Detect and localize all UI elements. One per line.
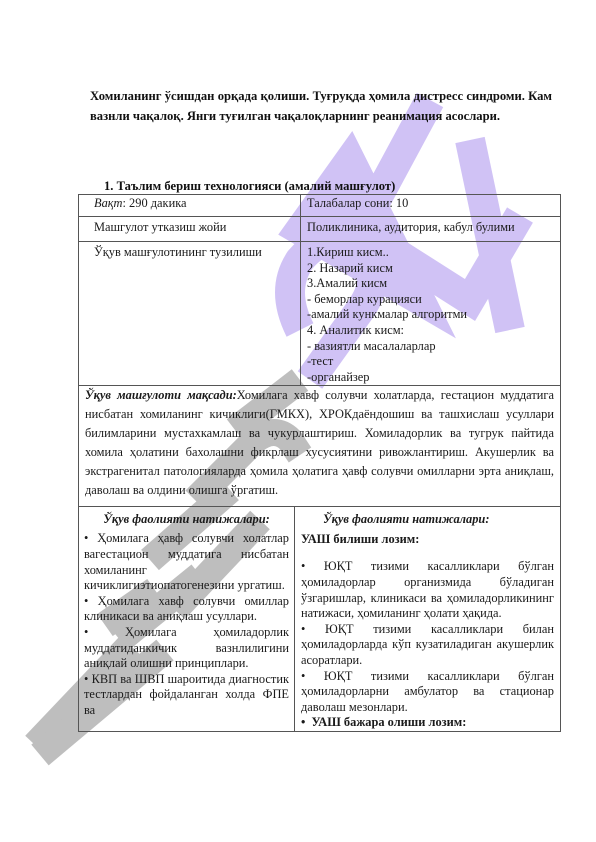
outcomes-left-column: Ўқув фаолияти натижалари: Ҳомилага ҳавф … <box>79 507 295 731</box>
outcomes-right-column: Ўқув фаолияти натижалари: УАШ билиши лоз… <box>295 507 560 731</box>
structure-item: 4. Аналитик кисм: <box>307 323 554 339</box>
structure-item: 2. Назарий кисм <box>307 261 554 277</box>
place-label: Машгулот утказиш жойи <box>79 217 301 242</box>
left-bullet: Ҳомилага хавф солувчи омиллар клиникаси … <box>84 594 289 625</box>
structure-item: 1.Кириш кисм.. <box>307 245 554 261</box>
time-cell: Вақт: 290 дакика <box>79 195 301 217</box>
time-value: : 290 дакика <box>123 196 187 210</box>
table-row-outcomes: Ўқув фаолияти натижалари: Ҳомилага ҳавф … <box>79 507 561 732</box>
students-cell: Талабалар сони: 10 <box>301 195 561 217</box>
outcomes-cell: Ўқув фаолияти натижалари: Ҳомилага ҳавф … <box>79 507 561 732</box>
table-row-place: Машгулот утказиш жойи Поликлиника, аудит… <box>79 217 561 242</box>
table-row-goal: Ўқув машғулоти мақсади:Хомилага хавф сол… <box>79 386 561 507</box>
goal-cell: Ўқув машғулоти мақсади:Хомилага хавф сол… <box>79 386 561 507</box>
structure-item: - беморлар курацияси <box>307 292 554 308</box>
left-bullet: Ҳомилага ҳомиладорлик муддатиданкичик ва… <box>84 625 289 672</box>
lesson-plan-table: Вақт: 290 дакика Талабалар сони: 10 Машг… <box>78 194 561 732</box>
right-bullet: ЮҚТ тизими касалликлари бўлган ҳомиладор… <box>301 559 554 621</box>
right-bullet: ЮҚТ тизими касалликлари билан ҳомиладорл… <box>301 622 554 669</box>
structure-list: 1.Кириш кисм.. 2. Назарий кисм 3.Амалий … <box>301 242 561 386</box>
goal-text: Хомилага хавф солувчи холатларда, гестац… <box>85 388 554 497</box>
right-final-bullet: УАШ бажара олиши лозим: <box>301 715 554 731</box>
left-column-header: Ўқув фаолияти натижалари: <box>84 511 289 527</box>
section-heading: 1. Таълим бериш технологияси (амалий маш… <box>104 179 395 194</box>
right-column-subheader: УАШ билиши лозим: <box>301 531 554 547</box>
right-column-header: Ўқув фаолияти натижалари: <box>301 511 554 527</box>
left-bullet: Ҳомилага ҳавф солувчи холатлар вагестаци… <box>84 531 289 593</box>
structure-item: -тест <box>307 354 554 370</box>
document-title: Хомиланинг ўсишдан орқада қолиши. Туғруқ… <box>90 86 552 126</box>
structure-item: 3.Амалий кисм <box>307 276 554 292</box>
time-label: Вақт <box>94 196 123 210</box>
left-bullet: КВП ва ШВП шароитида диагностик тестлард… <box>84 672 289 719</box>
right-bullet: ЮҚТ тизими касалликлари бўлган ҳомиладор… <box>301 669 554 716</box>
structure-item: -амалий кункмалар алгоритми <box>307 307 554 323</box>
structure-item: -органайзер <box>307 370 554 386</box>
structure-item: - вазиятли масалаларлар <box>307 339 554 355</box>
table-row-structure: Ўқув машғулотининг тузилиши 1.Кириш кисм… <box>79 242 561 386</box>
goal-label: Ўқув машғулоти мақсади: <box>85 388 237 402</box>
place-value: Поликлиника, аудитория, кабул булими <box>301 217 561 242</box>
structure-label: Ўқув машғулотининг тузилиши <box>79 242 301 386</box>
document-page: Хомиланинг ўсишдан орқада қолиши. Туғруқ… <box>0 0 596 842</box>
table-row-time: Вақт: 290 дакика Талабалар сони: 10 <box>79 195 561 217</box>
